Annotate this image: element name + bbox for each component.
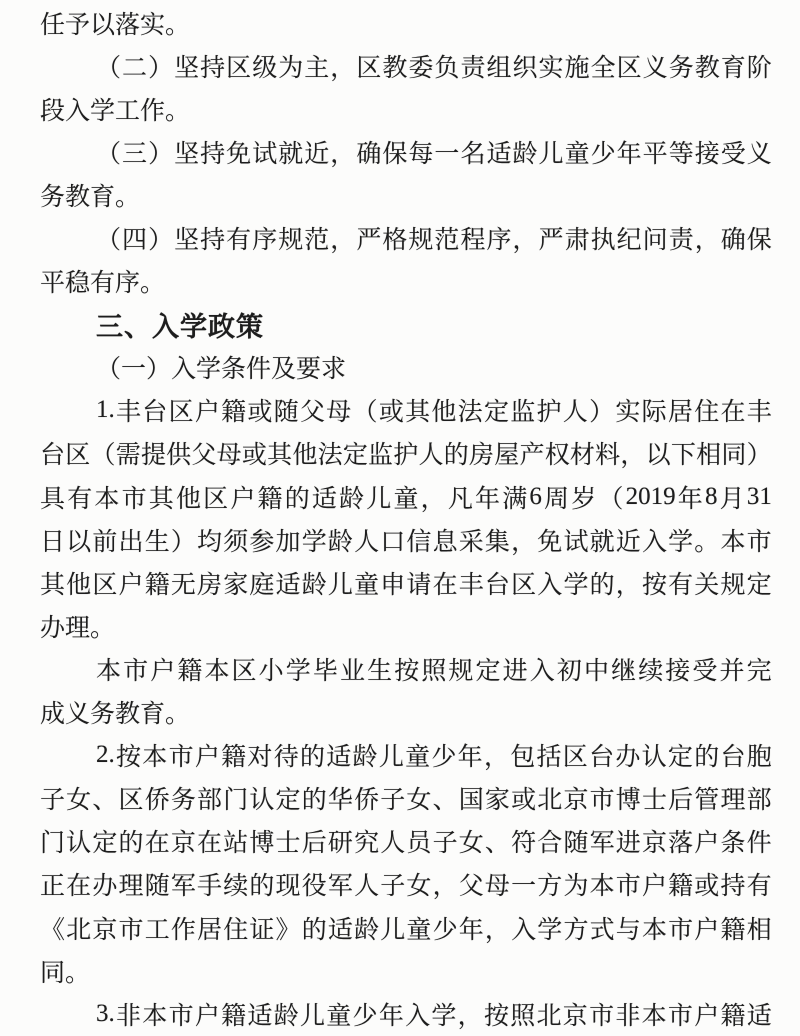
text-token: 年 [458,737,483,773]
text-token: 包 [510,737,535,773]
text-token: 续 [638,651,663,687]
text-line: 平稳有序。 [40,260,772,303]
text-token: （ [598,479,623,515]
text-token: 严 [539,220,564,256]
text-token: 相 [747,910,772,946]
text-token: 8 [705,483,718,511]
text-token: 其 [405,392,430,428]
text-token: 持 [200,220,225,256]
text-token: 同 [721,435,746,471]
text-token: 责 [669,220,694,256]
text-token: 护 [393,435,418,471]
text-token: 规 [720,565,745,601]
text-token: 少 [431,737,456,773]
text-token: 屋 [494,435,519,471]
text-token: 有 [67,479,92,515]
text-token: 按 [484,996,509,1032]
text-line: 台区（需提供父母或其他法定监护人的房屋产权材料，以下相同） [40,432,772,475]
text-token: ） [148,220,173,256]
text-token: 台 [589,737,614,773]
text-token: 序 [252,220,277,256]
text-token: 后 [668,780,693,816]
text-token: 理 [720,780,745,816]
text-token: 他 [292,435,317,471]
text-token: 落 [668,823,693,859]
text-token: 进 [616,823,641,859]
text-token: 括 [537,737,562,773]
text-token: 坚 [174,134,199,170]
text-token: 女 [66,780,91,816]
text-token: 集 [485,522,510,558]
text-token: 北 [537,996,562,1032]
text-token: 京 [563,780,588,816]
text-token: 区 [563,737,588,773]
text-token: 门 [223,780,248,816]
text-token: 近 [304,134,329,170]
text-token: 国 [459,780,484,816]
text-token: 女 [406,866,431,902]
text-token: 产 [519,435,544,471]
text-token: 序 [486,220,511,256]
text-token: 在 [433,565,458,601]
text-token: 息 [433,522,458,558]
text-token: 均 [197,522,222,558]
text-token: 入 [537,565,562,601]
document-body: 任予以落实。（二）坚持区级为主，区教委负责组织实施全区义务教育阶段入学工作。（三… [40,1,772,1035]
text-token: 人 [419,435,444,471]
text-token: 学 [286,651,311,687]
text-token: 义 [643,48,668,84]
text-token: 办 [92,866,117,902]
text-token: 随 [563,823,588,859]
text-token: 站 [223,823,248,859]
text-token: 本 [142,737,167,773]
text-token: 人 [354,522,379,558]
text-token: 居 [668,392,693,428]
text-token: 口 [380,522,405,558]
text-token: 市 [169,996,194,1032]
text-token: 式 [590,910,615,946]
text-token: 为 [563,866,588,902]
text-token: 军 [171,866,196,902]
text-token: 前 [92,522,117,558]
text-token: 人 [380,823,405,859]
text-line: 任予以落实。 [40,1,772,44]
text-token: 毕 [313,651,338,687]
text-token: 法 [318,435,343,471]
text-token: 试 [252,134,277,170]
text-token: 区 [92,565,117,601]
text-token: 2. [96,741,115,769]
text-token: 信 [406,522,431,558]
text-token: 正 [40,866,65,902]
text-token: 日 [40,522,65,558]
text-token: 需 [116,435,141,471]
text-token: 学 [668,522,693,558]
text-token: 继 [611,651,636,687]
text-token: 女 [406,780,431,816]
text-token: 籍 [221,996,246,1032]
text-token: 手 [197,866,222,902]
text-token: 居 [197,910,222,946]
text-token: 博 [616,780,641,816]
text-token: 《 [40,910,65,946]
text-token: ） [148,134,173,170]
text-token: 其 [267,435,292,471]
text-token: 监 [368,435,393,471]
text-token: 籍 [177,651,202,687]
text-token: 儿 [379,737,404,773]
text-token: 供 [166,435,191,471]
text-token: 条 [720,823,745,859]
text-token: 母 [326,392,351,428]
text-token: 户 [694,823,719,859]
text-token: 本 [142,996,167,1032]
text-token: 户 [642,866,667,902]
text-token: 入 [511,910,536,946]
text-token: 台 [720,737,745,773]
text-token: 现 [276,866,301,902]
text-token: ， [620,435,645,471]
text-token: ， [458,996,483,1032]
text-token: 定 [343,435,368,471]
text-token: 户 [119,565,144,601]
text-token: 定 [484,392,509,428]
text-token: 年 [459,910,484,946]
text-token: ， [484,737,509,773]
text-token: 年 [379,996,404,1032]
text-token: 教 [695,48,720,84]
text-token: 入 [405,996,430,1032]
text-token: 下 [671,435,696,471]
text-token: 究 [354,823,379,859]
text-token: 义 [747,134,772,170]
section-heading: 三、入学政策 [40,303,772,346]
text-line: 子女、区侨务部门认定的华侨子女、国家或北京市博士后管理部 [40,777,772,820]
text-line: 办理。 [40,604,772,647]
text-token: 进 [503,651,528,687]
text-token: 名 [460,134,485,170]
text-token: 的 [694,737,719,773]
text-token: 持 [200,134,225,170]
text-token: 范 [434,220,459,256]
text-token: 龄 [353,737,378,773]
text-token: 儿 [328,565,353,601]
text-token: 凡 [448,479,473,515]
text-token: 父 [300,392,325,428]
text-token: 》 [276,910,301,946]
text-token: 户 [694,910,719,946]
text-token: 务 [171,780,196,816]
text-token: 市 [668,996,693,1032]
text-token: 户 [195,392,220,428]
text-token: 役 [302,866,327,902]
text-token: 本 [720,522,745,558]
text-token: 适 [312,479,337,515]
text-token: 定 [276,780,301,816]
text-token: 区 [226,48,251,84]
text-token: 适 [326,737,351,773]
text-token: 关 [694,565,719,601]
text-line: 《北京市工作居住证》的适龄儿童少年，入学方式与本市户籍相 [40,906,772,949]
text-token: 户 [694,996,719,1032]
text-token: 北 [537,780,562,816]
text-token: 平 [643,134,668,170]
text-token: 年 [617,134,642,170]
text-token: 他 [66,565,91,601]
text-token: 范 [304,220,329,256]
text-token: 加 [276,522,301,558]
text-token: 籍 [720,996,745,1032]
text-token: 本 [642,996,667,1032]
text-token: 人 [354,866,379,902]
text-token: 北 [66,910,91,946]
text-token: 试 [563,522,588,558]
text-token: 并 [720,651,745,687]
text-token: 台 [485,565,510,601]
text-token: 认 [66,823,91,859]
text-token: 部 [197,780,222,816]
text-token: 部 [747,780,772,816]
text-token: 区 [203,479,228,515]
text-token: 的 [249,866,274,902]
text-token: ） [148,48,173,84]
text-token: 童 [405,737,430,773]
text-token: 年 [475,479,500,515]
text-token: 适 [328,910,353,946]
text-token: 京 [171,823,196,859]
text-token: 非 [116,996,141,1032]
text-token: 军 [590,823,615,859]
text-token: 以 [66,522,91,558]
text-token: 入 [642,522,667,558]
text-token: 台 [142,392,167,428]
text-token: 士 [276,823,301,859]
text-token: 组 [486,48,511,84]
text-token: 有 [226,220,251,256]
text-token: 京 [92,910,117,946]
text-token: 小 [259,651,284,687]
text-token: 市 [123,651,148,687]
text-token: 31 [747,483,772,511]
text-token: 实 [615,392,640,428]
text-token: 定 [747,565,772,601]
text-token: 每 [408,134,433,170]
text-token: 他 [176,479,201,515]
text-token: 须 [223,522,248,558]
text-token: 市 [589,996,614,1032]
text-token: 家 [485,780,510,816]
text-token: 际 [642,392,667,428]
text-token: 与 [616,910,641,946]
text-token: 户 [230,479,255,515]
text-line: 其他区户籍无房家庭适龄儿童申请在丰台区入学的，按有关规定 [40,561,772,604]
text-token: 父 [459,866,484,902]
text-token: ， [511,522,536,558]
text-token: 少 [353,996,378,1032]
text-token: 京 [563,996,588,1032]
text-token: 续 [223,866,248,902]
text-token: ， [485,910,510,946]
text-token: 户 [195,737,220,773]
text-token: 坚 [174,220,199,256]
text-token: 办 [615,737,640,773]
text-token: 负 [434,48,459,84]
text-token: 四 [122,220,147,256]
text-token: ， [695,220,720,256]
text-token: 台 [40,435,65,471]
text-token: 在 [720,392,745,428]
text-token: 少 [591,134,616,170]
text-token: 市 [616,866,641,902]
text-token: 本 [94,479,119,515]
text-token: 儿 [380,910,405,946]
text-token: 以 [646,435,671,471]
text-token: 具 [40,479,65,515]
text-token: 级 [252,48,277,84]
document-page: 任予以落实。（二）坚持区级为主，区教委负责组织实施全区义务教育阶段入学工作。（三… [0,0,800,1036]
text-token: 3. [96,1000,115,1028]
text-token: 严 [356,220,381,256]
text-token: 执 [591,220,616,256]
text-token: 请 [406,565,431,601]
text-token: 子 [40,780,65,816]
text-token: 确 [721,220,746,256]
text-token: 龄 [274,996,299,1032]
text-token: 或 [694,866,719,902]
text-token: 市 [122,479,147,515]
text-token: 6 [529,483,542,511]
text-token: 丰 [747,392,772,428]
text-token: 待 [274,737,299,773]
text-token: 非 [615,996,640,1032]
text-token: 的 [119,823,144,859]
text-token: 本 [642,910,667,946]
text-token: 女 [459,823,484,859]
text-token: 龄 [354,910,379,946]
text-token: 适 [247,996,272,1032]
text-token: 业 [340,651,365,687]
text-token: 保 [747,220,772,256]
text-token: 实 [539,48,564,84]
text-token: 参 [249,522,274,558]
text-token: 籍 [258,479,283,515]
text-token: 纪 [617,220,642,256]
text-token: 区 [232,651,257,687]
text-token: 的 [285,479,310,515]
text-token: 岁 [571,479,596,515]
text-token: 1. [96,396,115,424]
text-token: 后 [302,823,327,859]
text-token: 或 [247,392,272,428]
text-token: 为 [278,48,303,84]
text-line: 3.非本市户籍适龄儿童少年入学，按照北京市非本市户籍适 [40,992,772,1035]
text-token: ） [171,522,196,558]
text-token: ， [421,479,446,515]
text-token: 童 [326,996,351,1032]
text-token: 区 [169,392,194,428]
text-token: 年 [678,479,703,515]
text-token: 学 [431,996,456,1032]
text-token: 照 [421,651,446,687]
text-token: 户 [195,996,220,1032]
text-token: 童 [565,134,590,170]
text-token: 责 [460,48,485,84]
text-token: 中 [584,651,609,687]
text-token: ， [330,134,355,170]
text-token: 按 [642,565,667,601]
text-line: （三）坚持免试就近，确保每一名适龄儿童少年平等接受义 [40,130,772,173]
text-token: 在 [197,823,222,859]
text-token: 作 [171,910,196,946]
text-token: 申 [380,565,405,601]
text-token: 胞 [747,737,772,773]
text-line: 1.丰台区户籍或随父母（或其他法定监护人）实际居住在丰 [40,389,772,432]
text-token: 学 [537,910,562,946]
text-token: （ [96,134,121,170]
text-token: 权 [545,435,570,471]
text-token: 二 [122,48,147,84]
text-token: 免 [226,134,251,170]
text-line: 同。 [40,949,772,992]
text-token: 少 [433,910,458,946]
text-token: 定 [476,651,501,687]
text-token: 管 [694,780,719,816]
text-token: 按 [394,651,419,687]
text-token: （ [96,220,121,256]
text-token: 籍 [145,565,170,601]
text-token: 母 [217,435,242,471]
text-token: 监 [510,392,535,428]
text-line: （一）入学条件及要求 [40,346,772,389]
text-token: 适 [276,565,301,601]
text-token: 定 [668,737,693,773]
text-token: 有 [747,866,772,902]
text-token: 区 [65,435,90,471]
text-token: 的 [302,780,327,816]
text-line: 日以前出生）均须参加学龄人口信息采集，免试就近入学。本市 [40,518,772,561]
text-token: 京 [642,823,667,859]
text-token: 或 [242,435,267,471]
text-token: 本 [590,866,615,902]
text-line: 具有本市其他区户籍的适龄儿童，凡年满6周岁（2019年8月31 [40,475,772,518]
text-token: 市 [747,522,772,558]
text-token: 区 [511,565,536,601]
text-token: 出 [119,522,144,558]
text-token: 生 [367,651,392,687]
text-token: 市 [590,780,615,816]
text-token: 护 [537,392,562,428]
text-token: 照 [510,996,535,1032]
text-token: 主 [304,48,329,84]
text-token: 儿 [366,479,391,515]
text-token: 丰 [116,392,141,428]
text-token: 一 [434,134,459,170]
text-token: 龄 [302,565,327,601]
text-token: 籍 [720,910,745,946]
text-token: 育 [721,48,746,84]
text-token: 教 [382,48,407,84]
text-token: 籍 [221,392,246,428]
text-token: 相 [696,435,721,471]
text-token: 、 [92,780,117,816]
text-token: 门 [40,823,65,859]
text-token: 母 [485,866,510,902]
text-token: 在 [66,866,91,902]
text-token: 生 [145,522,170,558]
text-token: 按 [116,737,141,773]
text-token: 童 [354,565,379,601]
